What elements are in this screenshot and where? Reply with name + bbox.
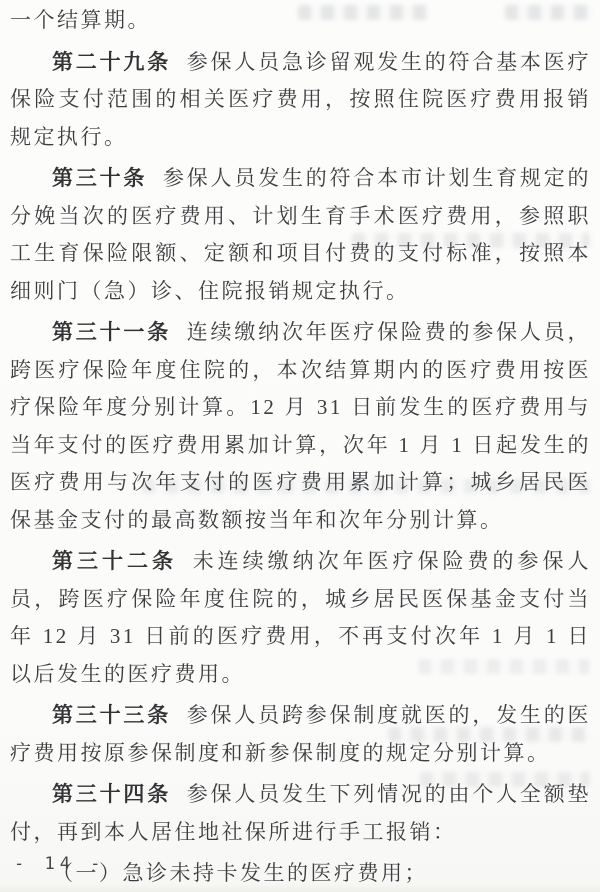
article-paragraph: 第三十四条参保人员发生下列情况的由个人全额垫付，再到本人居住地社保所进行手工报销… [10,776,591,851]
article-paragraph: 第三十三条参保人员跨参保制度就医的，发生的医疗费用按原参保制度和新参保制度的规定… [10,697,591,772]
paragraph-text: （一）急诊未持卡发生的医疗费用； [52,861,428,885]
document-page: 一个结算期。第二十九条参保人员急诊留观发生的符合基本医疗保险支付范围的相关医疗费… [0,0,600,892]
article-paragraph: 第三十二条未连续缴纳次年医疗保险费的参保人员，跨医疗保险年度住院的，城乡居民医保… [10,543,591,693]
document-content: 一个结算期。第二十九条参保人员急诊留观发生的符合基本医疗保险支付范围的相关医疗费… [10,2,591,892]
article-number: 第二十九条 [52,50,171,74]
article-number: 第三十三条 [52,703,171,727]
page-number: - 14 - [14,854,105,874]
article-paragraph: 第三十一条连续缴纳次年医疗保险费的参保人员，跨医疗保险年度住院的，本次结算期内的… [10,314,591,539]
article-number: 第三十一条 [52,320,171,344]
paragraph: 一个结算期。 [10,2,591,40]
article-number: 第三十条 [52,166,147,190]
article-paragraph: 第三十条参保人员发生的符合本市计划生育规定的分娩当次的医疗费用、计划生育手术医疗… [10,160,591,310]
article-number: 第三十二条 [52,549,177,573]
article-number: 第三十四条 [52,782,171,806]
paragraph-text: 一个结算期。 [10,8,151,32]
article-paragraph: 第二十九条参保人员急诊留观发生的符合基本医疗保险支付范围的相关医疗费用，按照住院… [10,44,591,157]
paragraph-text: 连续缴纳次年医疗保险费的参保人员，跨医疗保险年度住院的，本次结算期内的医疗费用按… [10,320,591,532]
